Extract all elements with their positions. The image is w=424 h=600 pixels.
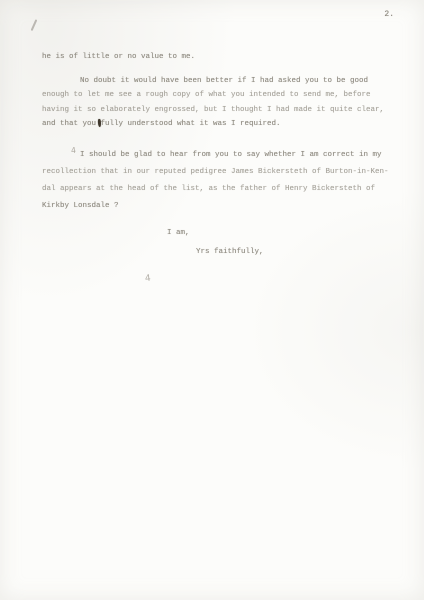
typed-line-1: he is of little or no value to me.	[42, 52, 195, 62]
closing-yrs-faithfully: Yrs faithfully,	[196, 247, 264, 257]
typed-line-3: enough to let me see a rough copy of wha…	[42, 90, 371, 100]
pencil-annotation-upper: 4	[71, 146, 77, 155]
typed-line-5: and that you fully understood what it wa…	[42, 119, 281, 129]
typed-line-8: dal appears at the head of the list, as …	[42, 184, 375, 194]
ink-blot-mark	[98, 119, 101, 127]
closing-i-am: I am,	[167, 228, 190, 238]
typed-line-9: Kirkby Lonsdale ?	[42, 201, 119, 211]
scanned-letter-page: 2. he is of little or no value to me. No…	[0, 0, 424, 600]
pencil-annotation-lower: 4	[144, 274, 151, 285]
pencil-stroke-mark	[31, 19, 37, 31]
typed-line-4: having it so elaborately engrossed, but …	[42, 105, 384, 115]
typed-line-7: recollection that in our reputed pedigre…	[42, 167, 389, 177]
typed-line-2: No doubt it would have been better if I …	[80, 76, 368, 86]
typed-line-6: I should be glad to hear from you to say…	[80, 150, 382, 160]
page-number: 2.	[384, 10, 394, 19]
